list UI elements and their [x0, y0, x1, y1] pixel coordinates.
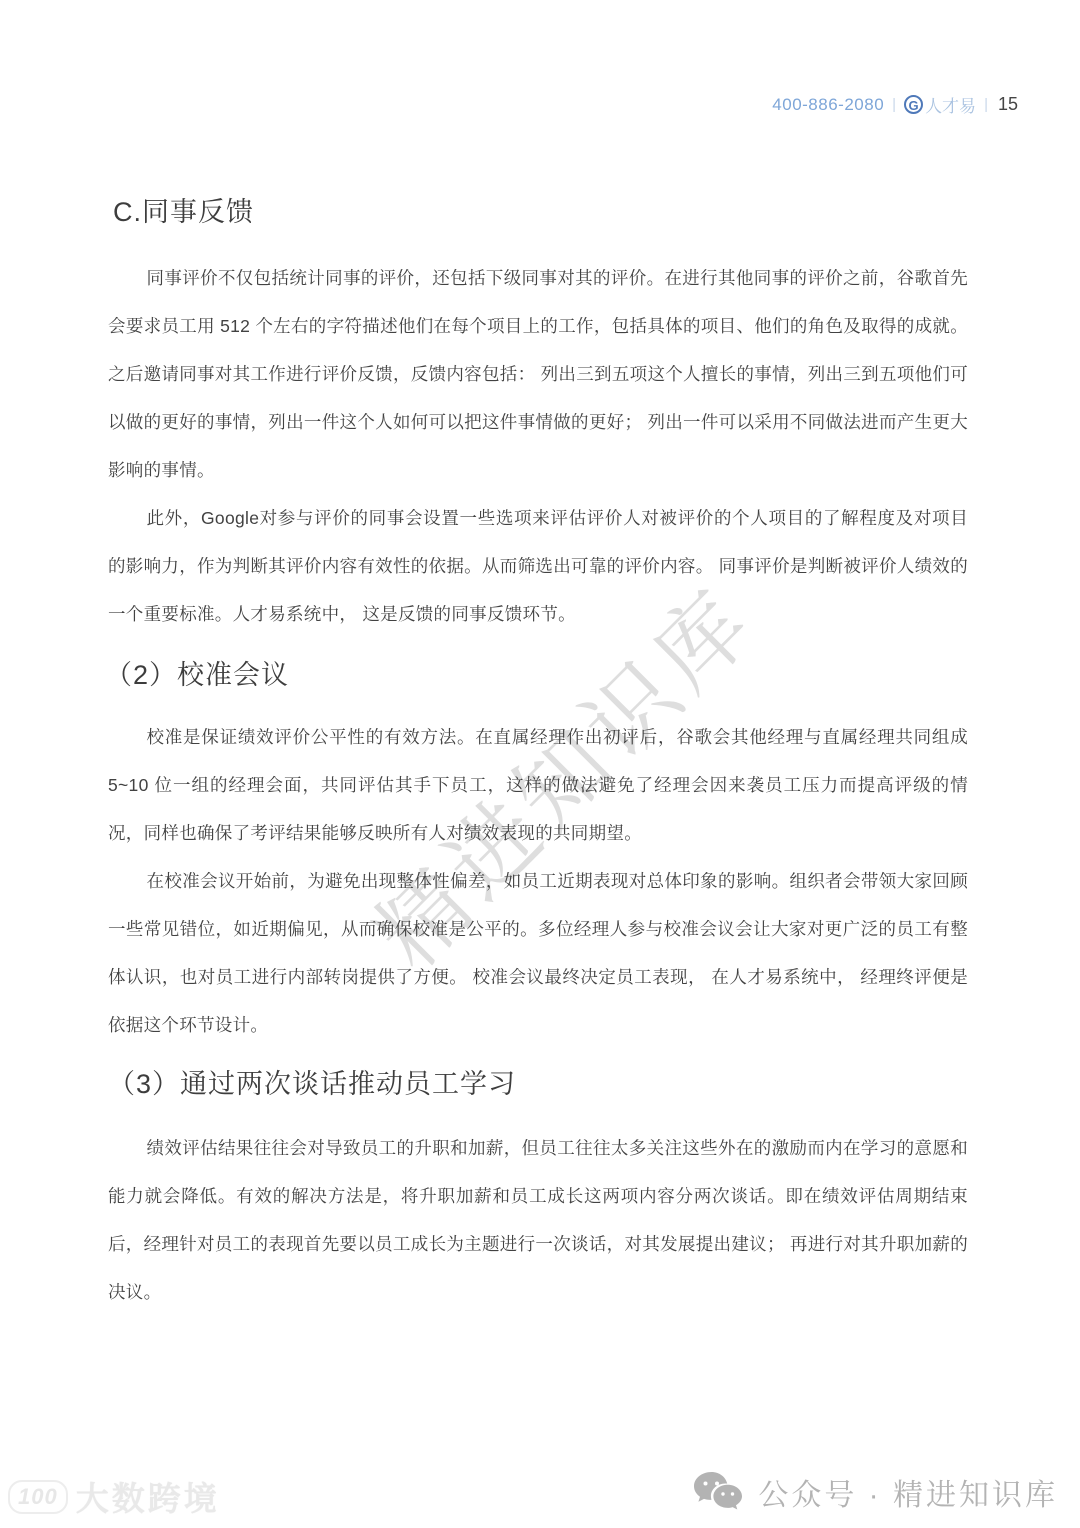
section-2-heading: （2）校准会议	[105, 653, 968, 692]
paragraph-calibration-1: 校准是保证绩效评价公平性的有效方法。在直属经理作出初评后，谷歌会其他经理与直属经…	[108, 713, 968, 857]
paragraph-two-talks: 绩效评估结果往往会对导致员工的升职和加薪，但员工往往太多关注这些外在的激励而内在…	[108, 1124, 968, 1316]
rencaiyi-logo-text: 人才易	[925, 92, 976, 117]
document-page: 400-886-2080 | G 人才易 | 15 精进知识库 C.同事反馈 同…	[0, 0, 1080, 1528]
wechat-icon	[692, 1470, 744, 1514]
dashu-kuajing-logo: 100 大数跨境	[8, 1473, 220, 1520]
wechat-account-label: 公众号 · 精进知识库	[758, 1470, 1058, 1514]
separator-bar: |	[984, 96, 988, 113]
dashu-logo-text: 大数跨境	[76, 1473, 220, 1520]
wechat-public-account: 公众号 · 精进知识库	[692, 1470, 1058, 1514]
section-c-heading: C.同事反馈	[113, 190, 968, 229]
page-number: 15	[998, 94, 1018, 115]
document-content: C.同事反馈 同事评价不仅包括统计同事的评价，还包括下级同事对其的评价。在进行其…	[0, 0, 1080, 1316]
service-phone-number: 400-886-2080	[772, 95, 884, 115]
rencaiyi-logo: G 人才易	[904, 92, 976, 117]
paragraph-calibration-2: 在校准会议开始前，为避免出现整体性偏差，如员工近期表现对总体印象的影响。组织者会…	[108, 857, 968, 1049]
page-header: 400-886-2080 | G 人才易 | 15	[772, 92, 1018, 117]
separator-bar: |	[892, 96, 896, 113]
rencaiyi-logo-g-icon: G	[904, 95, 923, 114]
paragraph-peer-review-1: 同事评价不仅包括统计同事的评价，还包括下级同事对其的评价。在进行其他同事的评价之…	[108, 254, 968, 494]
paragraph-peer-review-2: 此外，Google对参与评价的同事会设置一些选项来评估评价人对被评价的个人项目的…	[108, 494, 968, 638]
section-3-heading: （3）通过两次谈话推动员工学习	[108, 1062, 968, 1101]
dashu-logo-100-icon: 100	[8, 1480, 68, 1514]
